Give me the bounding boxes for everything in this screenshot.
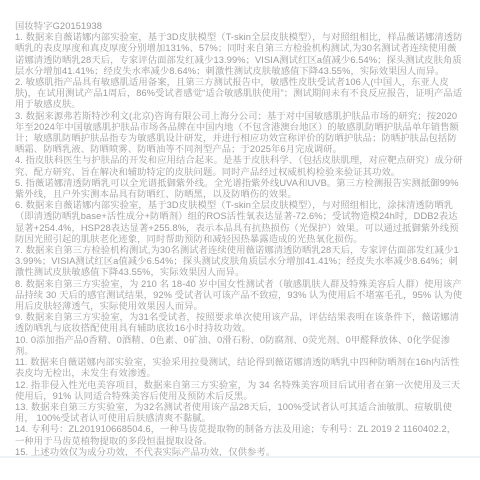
footnote-item: 12. 指非侵入性光电美容项目，数据来自第三方实验室，为 34 名特殊美容项目后…	[15, 380, 465, 402]
footnote-item: 3. 数据来源弗若斯特沙利文(北京)咨询有限公司上海分公司；基于对中国敏感肌护肤…	[15, 111, 465, 156]
section-divider	[0, 456, 480, 458]
footnote-item: 4. 指皮肤科医生与护肤品的开发和应用结合起来。是基于皮肤科学、（包括皮肤肌理，…	[15, 155, 465, 177]
footnote-item: 7. 数据来自第三方检验机构测试,为30名测试者连续使用薇诺娜清透防晒乳28天后…	[15, 245, 465, 279]
footnote-item: 11. 数据来自薇诺娜内部实验室，实验采用拉曼测试，结论得到薇诺娜清透防晒乳中四…	[15, 357, 465, 379]
footnote-item: 8. 数据来自第三方实验室，为 210 名 18-40 岁中国女性测试者（敏感肌…	[15, 279, 465, 313]
footnote-item: 9. 数据来自第三方实验室，为31名受试者，按照要求单次使用该产品，评估结果表明…	[15, 312, 465, 334]
footnote-item: 5. 指薇诺娜清透防晒乳可以全光谱抵御紫外线。全光谱指紫外线UVA和UVB。第三…	[15, 178, 465, 200]
footnote-item: 6. 数据来自薇诺娜内部实验室，基于3D皮肤模型（T-skin全层皮肤模型），与…	[15, 200, 465, 245]
footnote-item: 2. 敏感肌指产品具有敏感肌适用备案，且第三方测试报告中，敏感性皮肤受试者106…	[15, 77, 465, 111]
registration-number: 国妆特字G20151938	[15, 21, 465, 32]
disclaimer-section: 国妆特字G20151938 1. 数据来自薇诺娜内部实验室，基于3D皮肤模型（T…	[0, 0, 480, 458]
footnote-item: 14. 专利号：ZL201910668504.6，一种马齿苋提取物的制备方法及用…	[15, 424, 465, 446]
footnote-item: 1. 数据来自薇诺娜内部实验室，基于3D皮肤模型（T-skin全层皮肤模型），与…	[15, 32, 465, 77]
footnote-item: 13. 数据来自第三方实验室，为32名测试者使用该产品28天后，100%受试者认…	[15, 402, 465, 424]
footnote-item: 10. 0添加指产品0香精、0酒精、0色素、0矿油、0滑石粉、0防腐剂、0荧光剂…	[15, 335, 465, 357]
